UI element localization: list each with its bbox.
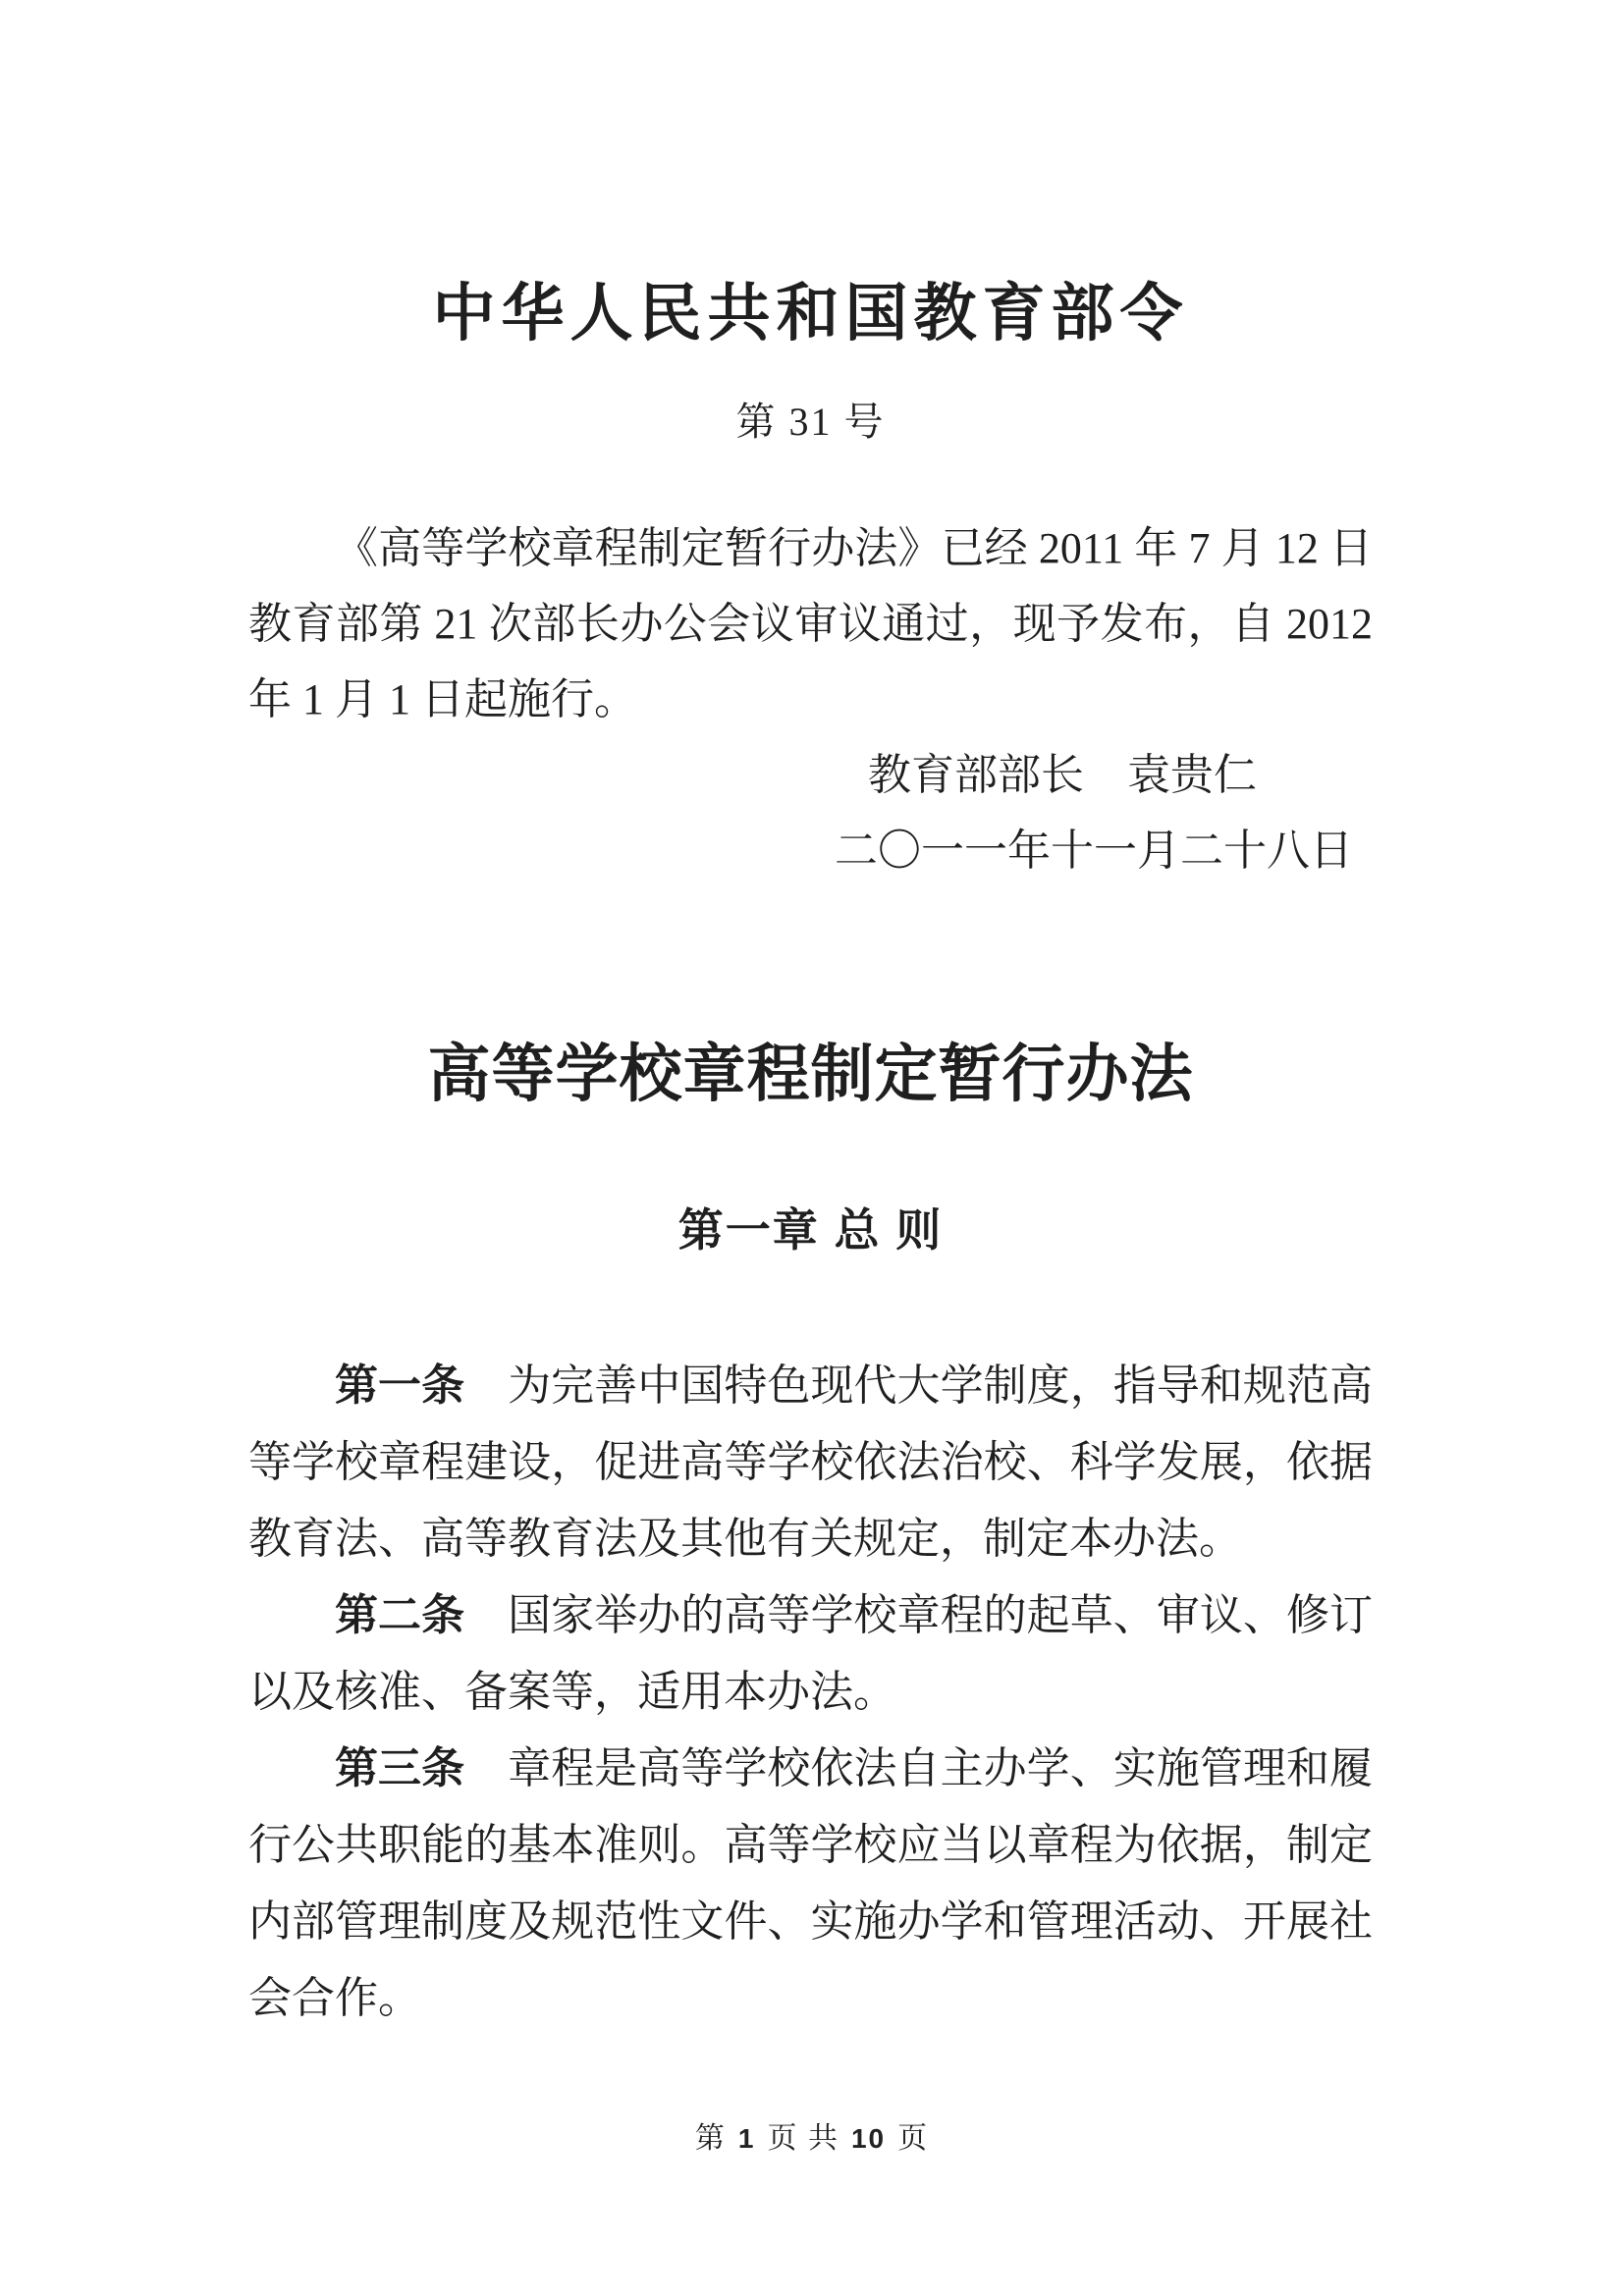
announcement-paragraph: 《高等学校章程制定暂行办法》已经 2011 年 7 月 12 日教育部第 21 … — [248, 510, 1373, 737]
document-page: 中华人民共和国教育部令 第 31 号 《高等学校章程制定暂行办法》已经 2011… — [0, 0, 1624, 2296]
article-1-label: 第一条 — [335, 1362, 464, 1410]
article-2: 第二条国家举办的高等学校章程的起草、审议、修订以及核准、备案等，适用本办法。 — [248, 1577, 1373, 1731]
article-3: 第三条章程是高等学校依法自主办学、实施管理和履行公共职能的基本准则。高等学校应当… — [248, 1731, 1373, 2037]
ministry-order-title: 中华人民共和国教育部令 — [248, 283, 1373, 346]
sign-date-line: 二〇一一年十一月二十八日 — [248, 813, 1373, 888]
chapter-heading: 第一章 总 则 — [248, 1207, 1373, 1253]
footer-total-pages: 10 — [851, 2123, 886, 2154]
law-title: 高等学校章程制定暂行办法 — [248, 1043, 1373, 1106]
footer-prefix: 第 — [695, 2122, 727, 2155]
article-3-label: 第三条 — [335, 1744, 464, 1792]
article-1: 第一条为完善中国特色现代大学制度，指导和规范高等学校章程建设，促进高等学校依法治… — [248, 1348, 1373, 1577]
footer-page-number: 1 — [738, 2123, 756, 2154]
footer-suffix: 页 — [897, 2122, 929, 2155]
article-2-label: 第二条 — [335, 1591, 464, 1639]
signer-line: 教育部部长 袁贵仁 — [248, 737, 1373, 813]
footer-middle: 页 共 — [767, 2122, 839, 2155]
order-number: 第 31 号 — [248, 402, 1373, 442]
page-footer: 第1页 共10页 — [0, 2122, 1624, 2156]
articles-section: 第一条为完善中国特色现代大学制度，指导和规范高等学校章程建设，促进高等学校依法治… — [248, 1348, 1373, 2037]
